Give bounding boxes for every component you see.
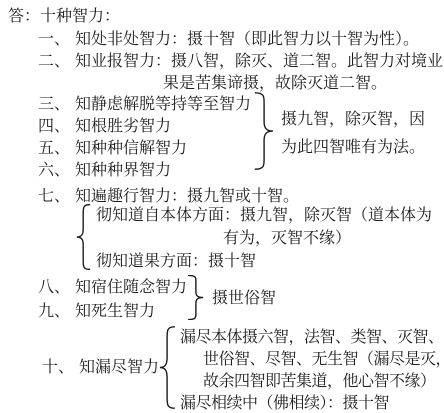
item-7-brace-icon [76,204,92,270]
item-2-number: 二、 [38,52,70,69]
item-2-line: 二、知业报智力：摄八智，除灭、道二智。此智力对境业 [38,52,443,69]
page-title: 十种智力： [40,6,120,25]
group-3-6-note-line-1: 摄九智，除灭智，因 [281,110,425,127]
item-6-line: 六、知种种界智力 [38,161,171,178]
item-5-line: 五、知种种信解智力 [38,139,187,156]
item-9-number: 九、 [38,302,70,319]
item-10-brace-icon [159,326,177,409]
item-7-number: 七、 [38,187,70,204]
item-10-branch-2-text: 漏尽相续中（佛相续）：摄十智 [180,393,389,412]
item-10-branch-1-text-3: 故余四智即苦集道，他心智不缘） [203,371,436,390]
item-7-branch-1-line-1: 彻知道自本体方面：摄九智，除灭智（道本体为 [96,206,432,223]
group-8-9-note-text: 摄世俗智 [212,288,276,307]
item-4-line: 四、知根胜劣智力 [38,117,171,134]
item-10-branch-1-text-1: 漏尽本体摄六智，法智、类智、灭智、 [180,327,444,346]
item-4-text: 知根胜劣智力 [75,116,171,135]
item-10-branch-1-line-3: 故余四智即苦集道，他心智不缘） [203,372,436,389]
item-10-line: 十、知漏尽智力 [42,358,159,375]
item-1-number: 一、 [38,30,70,47]
item-4-number: 四、 [38,117,70,134]
group-3-6-note-text-1: 摄九智，除灭智，因 [281,109,425,128]
item-7-branch-2-text: 彻知道果方面：摄十智 [96,251,256,270]
item-7-branch-1-line-2: 有为，灭智不缘） [223,229,351,246]
item-3-line: 三、知静虑解脱等持等至智力 [38,95,251,112]
item-7-line: 七、知遍趣行智力：摄九智或十智。 [38,187,299,204]
group-8-9-brace-icon [186,275,204,320]
document-page: 答：十种智力： 一、知处非处智力：摄十智（即此智力以十智为性）。 二、知业报智力… [0,0,444,413]
item-8-number: 八、 [38,278,70,295]
item-5-number: 五、 [38,139,70,156]
item-10-branch-1-line-1: 漏尽本体摄六智，法智、类智、灭智、 [180,328,444,345]
item-1-line: 一、知处非处智力：摄十智（即此智力以十智为性）。 [38,30,419,47]
answer-label: 答： [8,6,40,25]
item-9-text: 知死生智力 [75,301,155,320]
item-7-text: 知遍趣行智力：摄九智或十智。 [75,186,299,205]
item-10-branch-1-text-2: 世俗智、尽智、无生智（漏尽是灭， [203,349,444,368]
item-8-line: 八、知宿住随念智力 [38,278,187,295]
item-2-text: 知业报智力：摄八智，除灭、道二智。此智力对境业 [75,51,443,70]
item-10-number: 十、 [42,358,74,375]
item-3-number: 三、 [38,95,70,112]
group-3-6-note-line-2: 为此四智唯有为法。 [281,138,425,155]
item-10-branch-1-line-2: 世俗智、尽智、无生智（漏尽是灭， [203,350,444,367]
item-3-text: 知静虑解脱等持等至智力 [75,94,251,113]
item-5-text: 知种种信解智力 [75,138,187,157]
item-7-branch-2-line: 彻知道果方面：摄十智 [96,252,256,269]
group-3-6-brace-icon [252,92,274,170]
item-9-line: 九、知死生智力 [38,302,155,319]
group-8-9-note-line: 摄世俗智 [212,289,276,306]
item-2-text-2: 果是苦集谛摄，故除灭道二智。 [163,73,387,92]
item-7-branch-1-text-1: 彻知道自本体方面：摄九智，除灭智（道本体为 [96,205,432,224]
item-6-text: 知种种界智力 [75,160,171,179]
answer-line: 答：十种智力： [8,7,120,24]
item-1-text: 知处非处智力：摄十智（即此智力以十智为性）。 [75,29,419,48]
item-10-text: 知漏尽智力 [79,357,159,376]
item-6-number: 六、 [38,161,70,178]
item-7-branch-1-text-2: 有为，灭智不缘） [223,228,351,247]
group-3-6-note-text-2: 为此四智唯有为法。 [281,137,425,156]
item-2-continuation: 果是苦集谛摄，故除灭道二智。 [163,74,387,91]
item-8-text: 知宿住随念智力 [75,277,187,296]
item-10-branch-2-line: 漏尽相续中（佛相续）：摄十智 [180,394,389,411]
